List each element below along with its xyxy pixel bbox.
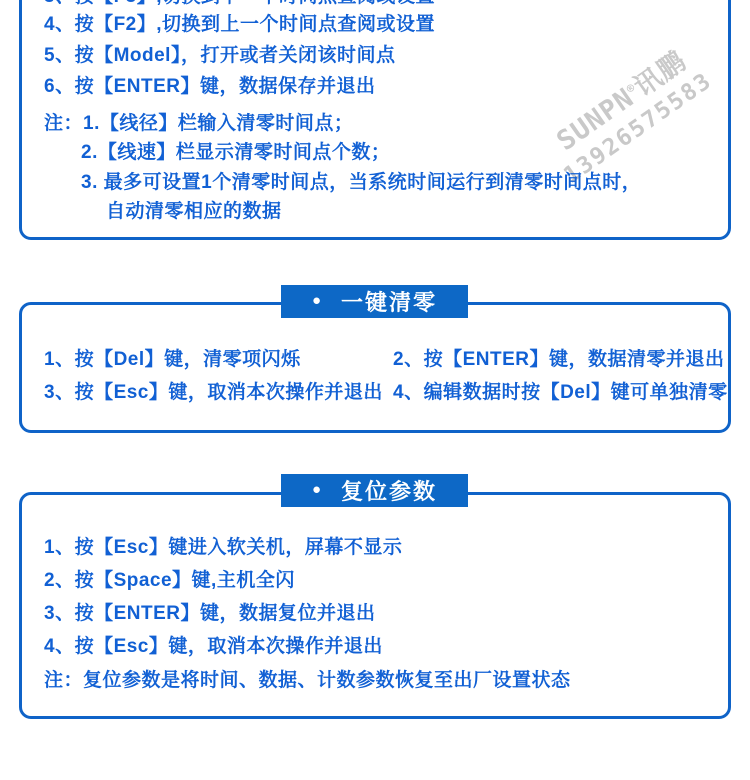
section-banner-one-key-clear: ● 一键清零	[281, 285, 468, 318]
section-banner-reset-params: ● 复位参数	[281, 474, 468, 507]
note-line: 注：复位参数是将时间、数据、计数参数恢复至出厂设置状态	[44, 670, 571, 692]
instruction-line: 1、按【Del】键，清零项闪烁	[44, 349, 301, 371]
instruction-line: 3、按【ENTER】键，数据复位并退出	[44, 603, 375, 625]
instruction-line: 3、按【Esc】键，取消本次操作并退出	[44, 382, 383, 404]
note-text: 1.【线径】栏输入清零时间点；	[83, 113, 353, 134]
instruction-line: 6、按【ENTER】键，数据保存并退出	[44, 76, 375, 98]
bullet-icon: ●	[312, 292, 321, 309]
instruction-line: 2、按【Space】键,主机全闪	[44, 570, 295, 592]
instruction-line: 4、按【F2】,切换到上一个时间点查阅或设置	[44, 14, 435, 36]
instruction-line: 5、按【Model】，打开或者关闭该时间点	[44, 45, 395, 67]
section-title: 一键清零	[341, 286, 437, 317]
note-line: 注：1.【线径】栏输入清零时间点；	[44, 113, 353, 135]
section-title: 复位参数	[341, 475, 437, 506]
note-line: 2.【线速】栏显示清零时间点个数；	[81, 142, 390, 164]
note-line: 3. 最多可设置1个清零时间点，当系统时间运行到清零时间点时，	[81, 172, 641, 194]
instruction-line: 4、按【Esc】键，取消本次操作并退出	[44, 636, 383, 658]
instruction-page: SUNPN®讯鹏 13926575583 3、按【F3】,切换到下一个时间点查阅…	[0, 0, 750, 780]
instruction-line: 2、按【ENTER】键，数据清零并退出	[393, 349, 724, 371]
instruction-line: 3、按【F3】,切换到下一个时间点查阅或设置	[44, 0, 435, 8]
instruction-line: 4、编辑数据时按【Del】键可单独清零	[393, 382, 728, 404]
bullet-icon: ●	[312, 481, 321, 498]
note-line: 自动清零相应的数据	[106, 201, 282, 223]
note-prefix: 注：	[44, 113, 83, 134]
instruction-line: 1、按【Esc】键进入软关机，屏幕不显示	[44, 537, 402, 559]
